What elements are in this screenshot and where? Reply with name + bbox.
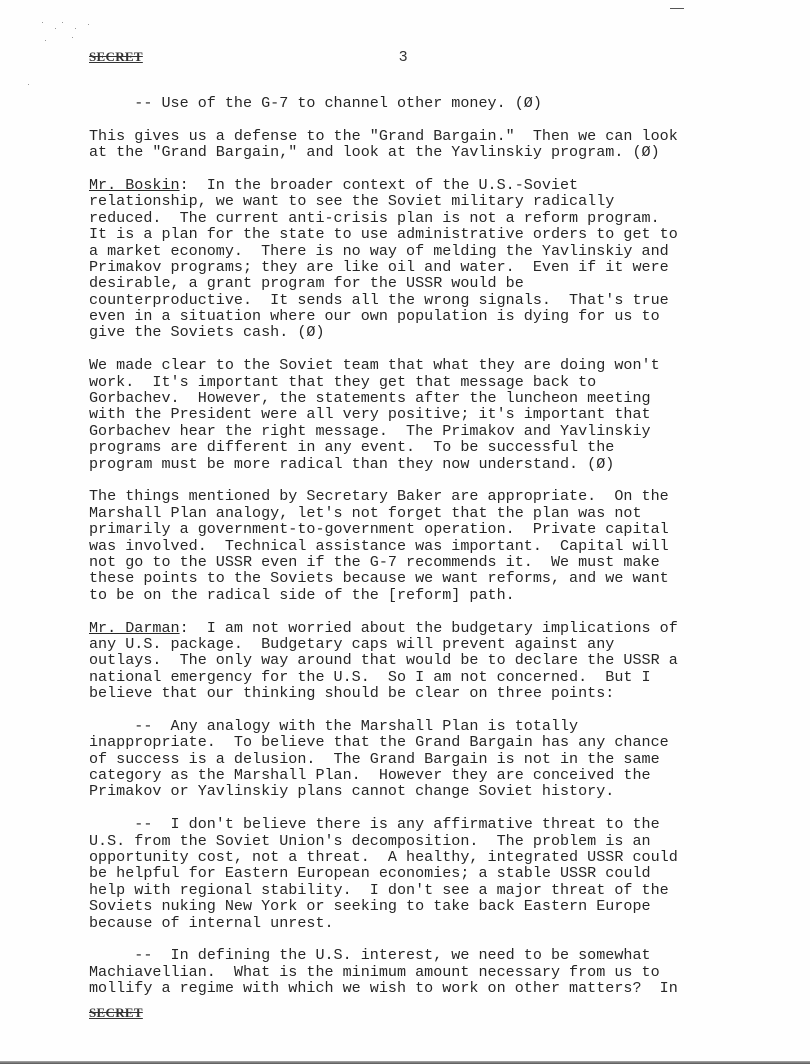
line-text: program must be more radical than they n… bbox=[89, 455, 614, 473]
text-line: outlays. The only way around that would … bbox=[89, 652, 729, 668]
text-line: category as the Marshall Plan. However t… bbox=[89, 767, 729, 783]
line-text: give the Soviets cash. (Ø) bbox=[89, 323, 325, 341]
line-text: any U.S. package. Budgetary caps will pr… bbox=[89, 635, 614, 653]
line-text: these points to the Soviets because we w… bbox=[89, 569, 669, 587]
line-text: This gives us a defense to the "Grand Ba… bbox=[89, 127, 678, 145]
text-line: mollify a regime with which we wish to w… bbox=[89, 980, 729, 996]
line-text: not go to the USSR even if the G-7 recom… bbox=[89, 553, 660, 571]
scan-speck bbox=[55, 28, 56, 29]
text-line: help with regional stability. I don't se… bbox=[89, 882, 729, 898]
line-text: even in a situation where our own popula… bbox=[89, 307, 660, 325]
line-text: category as the Marshall Plan. However t… bbox=[89, 766, 651, 784]
text-line: This gives us a defense to the "Grand Ba… bbox=[89, 128, 729, 144]
scan-speck bbox=[72, 37, 73, 38]
line-text: mollify a regime with which we wish to w… bbox=[89, 979, 678, 997]
text-line: at the "Grand Bargain," and look at the … bbox=[89, 144, 729, 160]
text-line: Mr. Boskin: In the broader context of th… bbox=[89, 177, 729, 193]
line-text: counterproductive. It sends all the wron… bbox=[89, 291, 669, 309]
text-line: national emergency for the U.S. So I am … bbox=[89, 669, 729, 685]
line-text: of success is a delusion. The Grand Barg… bbox=[89, 750, 660, 768]
text-line: because of internal unrest. bbox=[89, 915, 729, 931]
text-line: Gorbachev. However, the statements after… bbox=[89, 390, 729, 406]
speaker-name: Mr. Boskin bbox=[89, 176, 180, 194]
text-line: It is a plan for the state to use admini… bbox=[89, 226, 729, 242]
line-text: a market economy. There is no way of mel… bbox=[89, 242, 669, 260]
line-text: We made clear to the Soviet team that wh… bbox=[89, 356, 660, 374]
text-line: was involved. Technical assistance was i… bbox=[89, 538, 729, 554]
line-text: was involved. Technical assistance was i… bbox=[89, 537, 669, 555]
paragraph-grand-bargain-defense: This gives us a defense to the "Grand Ba… bbox=[89, 128, 729, 161]
scan-speck bbox=[75, 28, 76, 29]
text-line: these points to the Soviets because we w… bbox=[89, 570, 729, 586]
paragraph-darman-point-3: -- In defining the U.S. interest, we nee… bbox=[89, 947, 729, 996]
line-text: inappropriate. To believe that the Grand… bbox=[89, 733, 669, 751]
paragraph-boskin-2: We made clear to the Soviet team that wh… bbox=[89, 357, 729, 472]
classification-header: SECRET bbox=[89, 49, 143, 65]
line-text: -- I don't believe there is any affirmat… bbox=[89, 815, 660, 833]
text-line: opportunity cost, not a threat. A health… bbox=[89, 849, 729, 865]
line-text: reduced. The current anti-crisis plan is… bbox=[89, 209, 660, 227]
text-line: relationship, we want to see the Soviet … bbox=[89, 193, 729, 209]
paragraph-boskin-3: The things mentioned by Secretary Baker … bbox=[89, 488, 729, 603]
line-text: work. It's important that they get that … bbox=[89, 373, 596, 391]
line-text: believe that our thinking should be clea… bbox=[89, 684, 614, 702]
text-line: a market economy. There is no way of mel… bbox=[89, 243, 729, 259]
text-line: Soviets nuking New York or seeking to ta… bbox=[89, 898, 729, 914]
text-line: Primakov or Yavlinskiy plans cannot chan… bbox=[89, 783, 729, 799]
text-line: primarily a government-to-government ope… bbox=[89, 521, 729, 537]
line-text: Machiavellian. What is the minimum amoun… bbox=[89, 963, 660, 981]
document-page: SECRET 3 -- Use of the G-7 to channel ot… bbox=[0, 0, 810, 1064]
text-line: program must be more radical than they n… bbox=[89, 456, 729, 472]
paragraph-darman-point-1: -- Any analogy with the Marshall Plan is… bbox=[89, 718, 729, 800]
text-line: with the President were all very positiv… bbox=[89, 406, 729, 422]
text-line: believe that our thinking should be clea… bbox=[89, 685, 729, 701]
line-text: help with regional stability. I don't se… bbox=[89, 881, 669, 899]
text-line: to be on the radical side of the [reform… bbox=[89, 587, 729, 603]
speaker-name: Mr. Darman bbox=[89, 619, 180, 637]
line-text: : In the broader context of the U.S.-Sov… bbox=[180, 176, 579, 194]
line-text: -- Use of the G-7 to channel other money… bbox=[89, 94, 542, 112]
line-text: Primakov or Yavlinskiy plans cannot chan… bbox=[89, 782, 614, 800]
text-line: reduced. The current anti-crisis plan is… bbox=[89, 210, 729, 226]
text-line: Marshall Plan analogy, let's not forget … bbox=[89, 505, 729, 521]
scan-speck bbox=[88, 24, 89, 25]
line-text: desirable, a grant program for the USSR … bbox=[89, 274, 524, 292]
line-text: Gorbachev hear the right message. The Pr… bbox=[89, 422, 651, 440]
line-text: -- Any analogy with the Marshall Plan is… bbox=[89, 717, 578, 735]
line-text: primarily a government-to-government ope… bbox=[89, 520, 669, 538]
scan-mark bbox=[670, 8, 684, 9]
text-line: The things mentioned by Secretary Baker … bbox=[89, 488, 729, 504]
text-line: desirable, a grant program for the USSR … bbox=[89, 275, 729, 291]
line-text: with the President were all very positiv… bbox=[89, 405, 651, 423]
text-line: U.S. from the Soviet Union's decompositi… bbox=[89, 833, 729, 849]
line-text: The things mentioned by Secretary Baker … bbox=[89, 487, 669, 505]
text-line: programs are different in any event. To … bbox=[89, 439, 729, 455]
text-line: even in a situation where our own popula… bbox=[89, 308, 729, 324]
text-line: any U.S. package. Budgetary caps will pr… bbox=[89, 636, 729, 652]
text-line: of success is a delusion. The Grand Barg… bbox=[89, 751, 729, 767]
line-text: It is a plan for the state to use admini… bbox=[89, 225, 678, 243]
text-line: Primakov programs; they are like oil and… bbox=[89, 259, 729, 275]
paragraph-darman-1: Mr. Darman: I am not worried about the b… bbox=[89, 620, 729, 702]
line-text: to be on the radical side of the [reform… bbox=[89, 586, 515, 604]
text-line: give the Soviets cash. (Ø) bbox=[89, 324, 729, 340]
line-text: Soviets nuking New York or seeking to ta… bbox=[89, 897, 651, 915]
scan-speck bbox=[42, 22, 43, 23]
memo-body: -- Use of the G-7 to channel other money… bbox=[89, 95, 729, 1013]
classification-footer: SECRET bbox=[89, 1005, 143, 1021]
line-text: be helpful for Eastern European economie… bbox=[89, 864, 651, 882]
text-line: inappropriate. To believe that the Grand… bbox=[89, 734, 729, 750]
text-line: -- I don't believe there is any affirmat… bbox=[89, 816, 729, 832]
text-line: -- Use of the G-7 to channel other money… bbox=[89, 95, 729, 111]
line-text: Gorbachev. However, the statements after… bbox=[89, 389, 651, 407]
scan-speck bbox=[45, 40, 46, 41]
line-text: national emergency for the U.S. So I am … bbox=[89, 668, 651, 686]
text-line: -- Any analogy with the Marshall Plan is… bbox=[89, 718, 729, 734]
text-line: Mr. Darman: I am not worried about the b… bbox=[89, 620, 729, 636]
text-line: counterproductive. It sends all the wron… bbox=[89, 292, 729, 308]
scan-speck bbox=[62, 22, 63, 23]
text-line: Machiavellian. What is the minimum amoun… bbox=[89, 964, 729, 980]
text-line: not go to the USSR even if the G-7 recom… bbox=[89, 554, 729, 570]
line-text: Marshall Plan analogy, let's not forget … bbox=[89, 504, 642, 522]
paragraph-bullet-g7: -- Use of the G-7 to channel other money… bbox=[89, 95, 729, 111]
line-text: -- In defining the U.S. interest, we nee… bbox=[89, 946, 651, 964]
text-line: be helpful for Eastern European economie… bbox=[89, 865, 729, 881]
text-line: Gorbachev hear the right message. The Pr… bbox=[89, 423, 729, 439]
text-line: We made clear to the Soviet team that wh… bbox=[89, 357, 729, 373]
line-text: relationship, we want to see the Soviet … bbox=[89, 192, 614, 210]
page-number: 3 bbox=[399, 48, 407, 65]
paragraph-darman-point-2: -- I don't believe there is any affirmat… bbox=[89, 816, 729, 931]
line-text: because of internal unrest. bbox=[89, 914, 334, 932]
line-text: U.S. from the Soviet Union's decompositi… bbox=[89, 832, 651, 850]
line-text: outlays. The only way around that would … bbox=[89, 651, 678, 669]
text-line: work. It's important that they get that … bbox=[89, 374, 729, 390]
line-text: Primakov programs; they are like oil and… bbox=[89, 258, 669, 276]
line-text: at the "Grand Bargain," and look at the … bbox=[89, 143, 660, 161]
line-text: : I am not worried about the budgetary i… bbox=[180, 619, 678, 637]
scan-speck bbox=[28, 84, 29, 85]
line-text: opportunity cost, not a threat. A health… bbox=[89, 848, 678, 866]
paragraph-boskin-1: Mr. Boskin: In the broader context of th… bbox=[89, 177, 729, 341]
line-text: programs are different in any event. To … bbox=[89, 438, 614, 456]
text-line: -- In defining the U.S. interest, we nee… bbox=[89, 947, 729, 963]
